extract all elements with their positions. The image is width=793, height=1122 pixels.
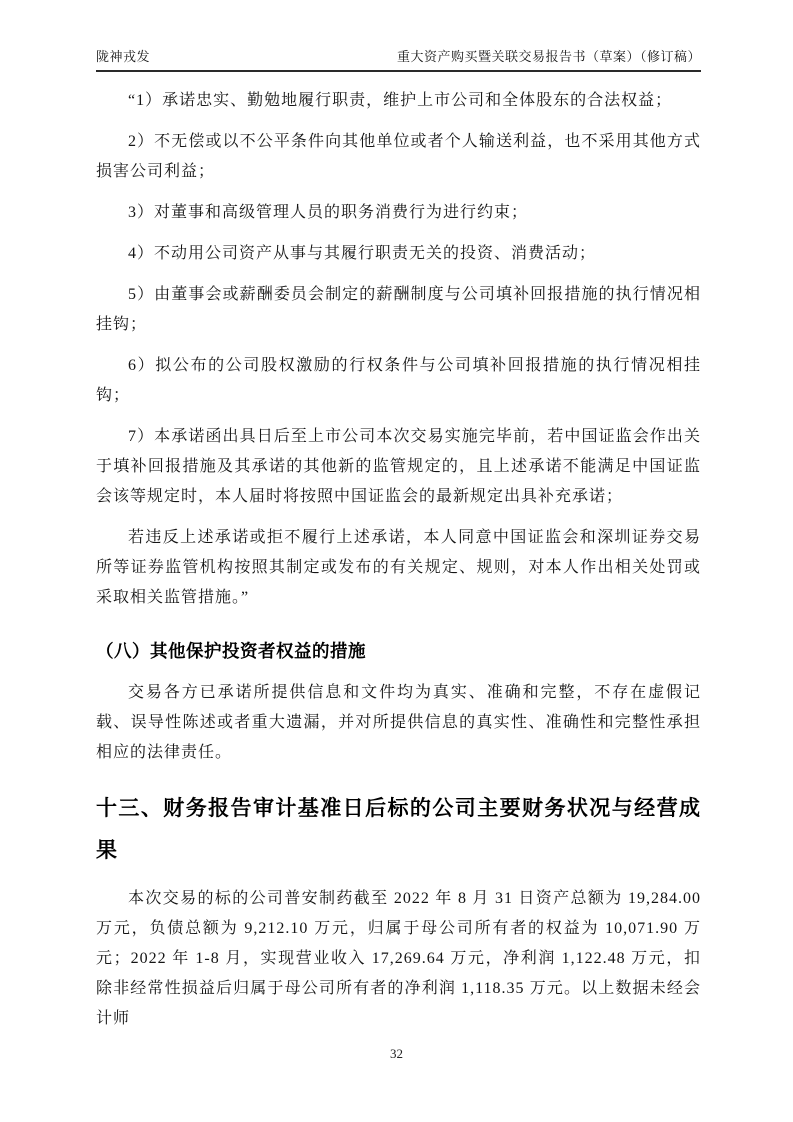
paragraph-clause-7: 7）本承诺函出具日后至上市公司本次交易实施完毕前，若中国证监会作出关于填补回报措… (96, 422, 701, 512)
paragraph-clause-2: 2）不无偿或以不公平条件向其他单位或者个人输送利益，也不采用其他方式损害公司利益… (96, 127, 701, 187)
paragraph-violation-consequences: 若违反上述承诺或拒不履行上述承诺，本人同意中国证监会和深圳证券交易所等证券监管机… (96, 523, 701, 613)
paragraph-information-truthfulness: 交易各方已承诺所提供信息和文件均为真实、准确和完整，不存在虚假记载、误导性陈述或… (96, 678, 701, 768)
chapter-heading-financial-status: 十三、财务报告审计基准日后标的公司主要财务状况与经营成果 (96, 788, 701, 872)
paragraph-clause-4: 4）不动用公司资产从事与其履行职责无关的投资、消费活动； (96, 239, 701, 269)
paragraph-financial-figures: 本次交易的标的公司普安制药截至 2022 年 8 月 31 日资产总额为 19,… (96, 884, 701, 1034)
paragraph-clause-5: 5）由董事会或薪酬委员会制定的薪酬制度与公司填补回报措施的执行情况相挂钩； (96, 280, 701, 340)
document-page: 陇神戎发 重大资产购买暨关联交易报告书（草案）（修订稿） “1）承诺忠实、勤勉地… (0, 0, 793, 1122)
header-company-name: 陇神戎发 (96, 46, 150, 65)
header-report-title: 重大资产购买暨关联交易报告书（草案）（修订稿） (397, 46, 701, 65)
section-heading-investor-protection: （八）其他保护投资者权益的措施 (96, 638, 701, 663)
page-footer: 32 (0, 1046, 793, 1062)
page-number: 32 (390, 1046, 403, 1061)
document-body: “1）承诺忠实、勤勉地履行职责，维护上市公司和全体股东的合法权益； 2）不无偿或… (96, 86, 701, 1034)
paragraph-clause-6: 6）拟公布的公司股权激励的行权条件与公司填补回报措施的执行情况相挂钩； (96, 351, 701, 411)
paragraph-clause-1: “1）承诺忠实、勤勉地履行职责，维护上市公司和全体股东的合法权益； (96, 86, 701, 116)
paragraph-clause-3: 3）对董事和高级管理人员的职务消费行为进行约束； (96, 198, 701, 228)
page-header: 陇神戎发 重大资产购买暨关联交易报告书（草案）（修订稿） (96, 46, 701, 72)
